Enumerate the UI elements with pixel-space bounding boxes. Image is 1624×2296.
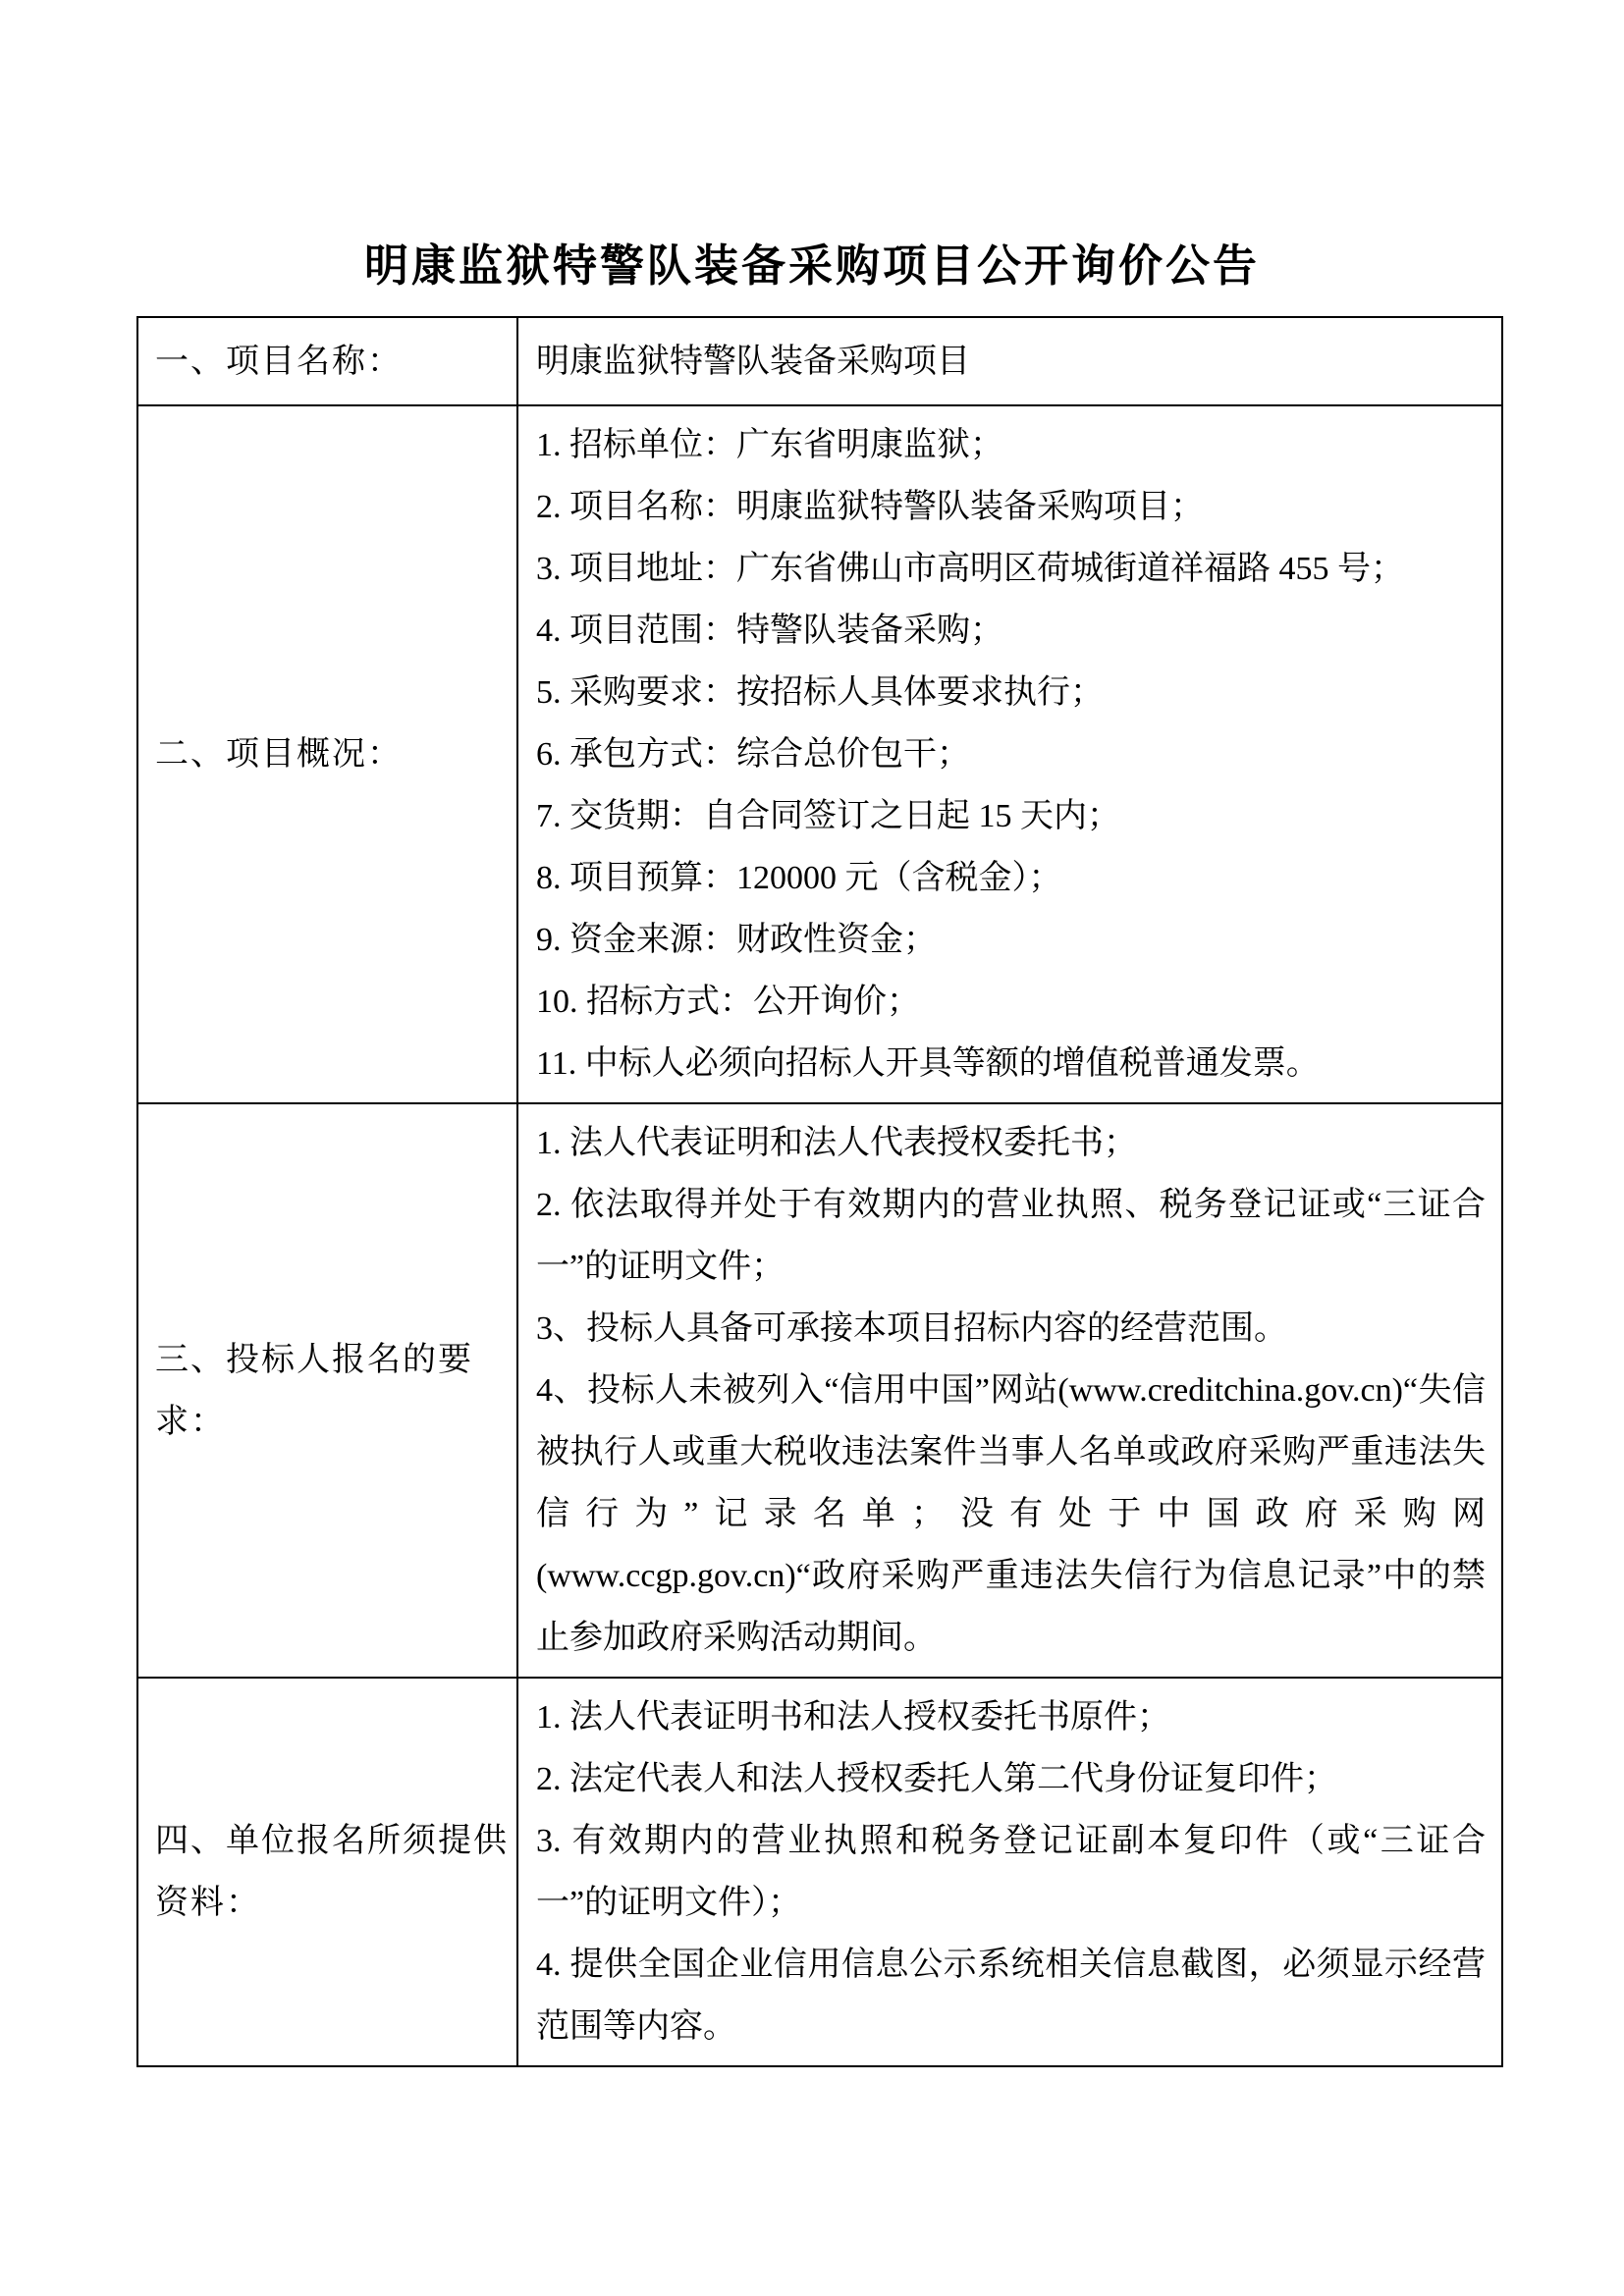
paragraph: 3、投标人具备可承接本项目招标内容的经营范围。	[536, 1298, 1486, 1360]
paragraph: 7. 交货期：自合同签订之日起 15 天内；	[536, 785, 1486, 847]
paragraph: 1. 法人代表证明和法人代表授权委托书；	[536, 1112, 1486, 1174]
paragraph: 6. 承包方式：综合总价包干；	[536, 723, 1486, 785]
row-content-cell: 1. 法人代表证明和法人代表授权委托书； 2. 依法取得并处于有效期内的营业执照…	[517, 1103, 1502, 1678]
row-label: 三、投标人报名的要求：	[155, 1329, 509, 1453]
paragraph: 1. 法人代表证明书和法人授权委托书原件；	[536, 1686, 1486, 1748]
row-label-cell: 二、项目概况：	[137, 405, 517, 1103]
paragraph: 明康监狱特警队装备采购项目	[536, 331, 1486, 393]
paragraph: 5. 采购要求：按招标人具体要求执行；	[536, 662, 1486, 723]
row-label: 二、项目概况：	[155, 723, 509, 785]
document-page: 明康监狱特警队装备采购项目公开询价公告 一、项目名称： 明康监狱特警队装备采购项…	[0, 0, 1624, 2296]
paragraph: 2. 依法取得并处于有效期内的营业执照、税务登记证或“三证合一”的证明文件；	[536, 1174, 1486, 1298]
paragraph: 11. 中标人必须向招标人开具等额的增值税普通发票。	[536, 1033, 1486, 1095]
row-label: 一、项目名称：	[155, 331, 509, 393]
paragraph: 10. 招标方式：公开询价；	[536, 971, 1486, 1033]
paragraph: 3. 有效期内的营业执照和税务登记证副本复印件（或“三证合一”的证明文件）；	[536, 1810, 1486, 1934]
paragraph: 3. 项目地址：广东省佛山市高明区荷城街道祥福路 455 号；	[536, 538, 1486, 600]
row-label-cell: 四、单位报名所须提供资料：	[137, 1678, 517, 2066]
row-label-cell: 三、投标人报名的要求：	[137, 1103, 517, 1678]
paragraph: 8. 项目预算：120000 元（含税金）；	[536, 847, 1486, 909]
row-content-cell: 1. 招标单位：广东省明康监狱； 2. 项目名称：明康监狱特警队装备采购项目； …	[517, 405, 1502, 1103]
row-content-cell: 明康监狱特警队装备采购项目	[517, 317, 1502, 405]
announcement-table: 一、项目名称： 明康监狱特警队装备采购项目 二、项目概况： 1. 招标单位：广东…	[136, 316, 1503, 2067]
paragraph: 4、投标人未被列入“信用中国”网站(www.creditchina.gov.cn…	[536, 1360, 1486, 1669]
paragraph: 2. 项目名称：明康监狱特警队装备采购项目；	[536, 476, 1486, 538]
document-title: 明康监狱特警队装备采购项目公开询价公告	[0, 230, 1624, 294]
table-row-project-overview: 二、项目概况： 1. 招标单位：广东省明康监狱； 2. 项目名称：明康监狱特警队…	[137, 405, 1502, 1103]
table-row-project-name: 一、项目名称： 明康监狱特警队装备采购项目	[137, 317, 1502, 405]
table-row-required-documents: 四、单位报名所须提供资料： 1. 法人代表证明书和法人授权委托书原件； 2. 法…	[137, 1678, 1502, 2066]
paragraph: 2. 法定代表人和法人授权委托人第二代身份证复印件；	[536, 1748, 1486, 1810]
row-label-cell: 一、项目名称：	[137, 317, 517, 405]
row-label: 四、单位报名所须提供资料：	[155, 1810, 509, 1934]
paragraph: 4. 提供全国企业信用信息公示系统相关信息截图，必须显示经营范围等内容。	[536, 1934, 1486, 2057]
paragraph: 4. 项目范围：特警队装备采购；	[536, 600, 1486, 662]
paragraph: 9. 资金来源：财政性资金；	[536, 909, 1486, 971]
row-content-cell: 1. 法人代表证明书和法人授权委托书原件； 2. 法定代表人和法人授权委托人第二…	[517, 1678, 1502, 2066]
table-row-bidder-requirements: 三、投标人报名的要求： 1. 法人代表证明和法人代表授权委托书； 2. 依法取得…	[137, 1103, 1502, 1678]
paragraph: 1. 招标单位：广东省明康监狱；	[536, 414, 1486, 476]
